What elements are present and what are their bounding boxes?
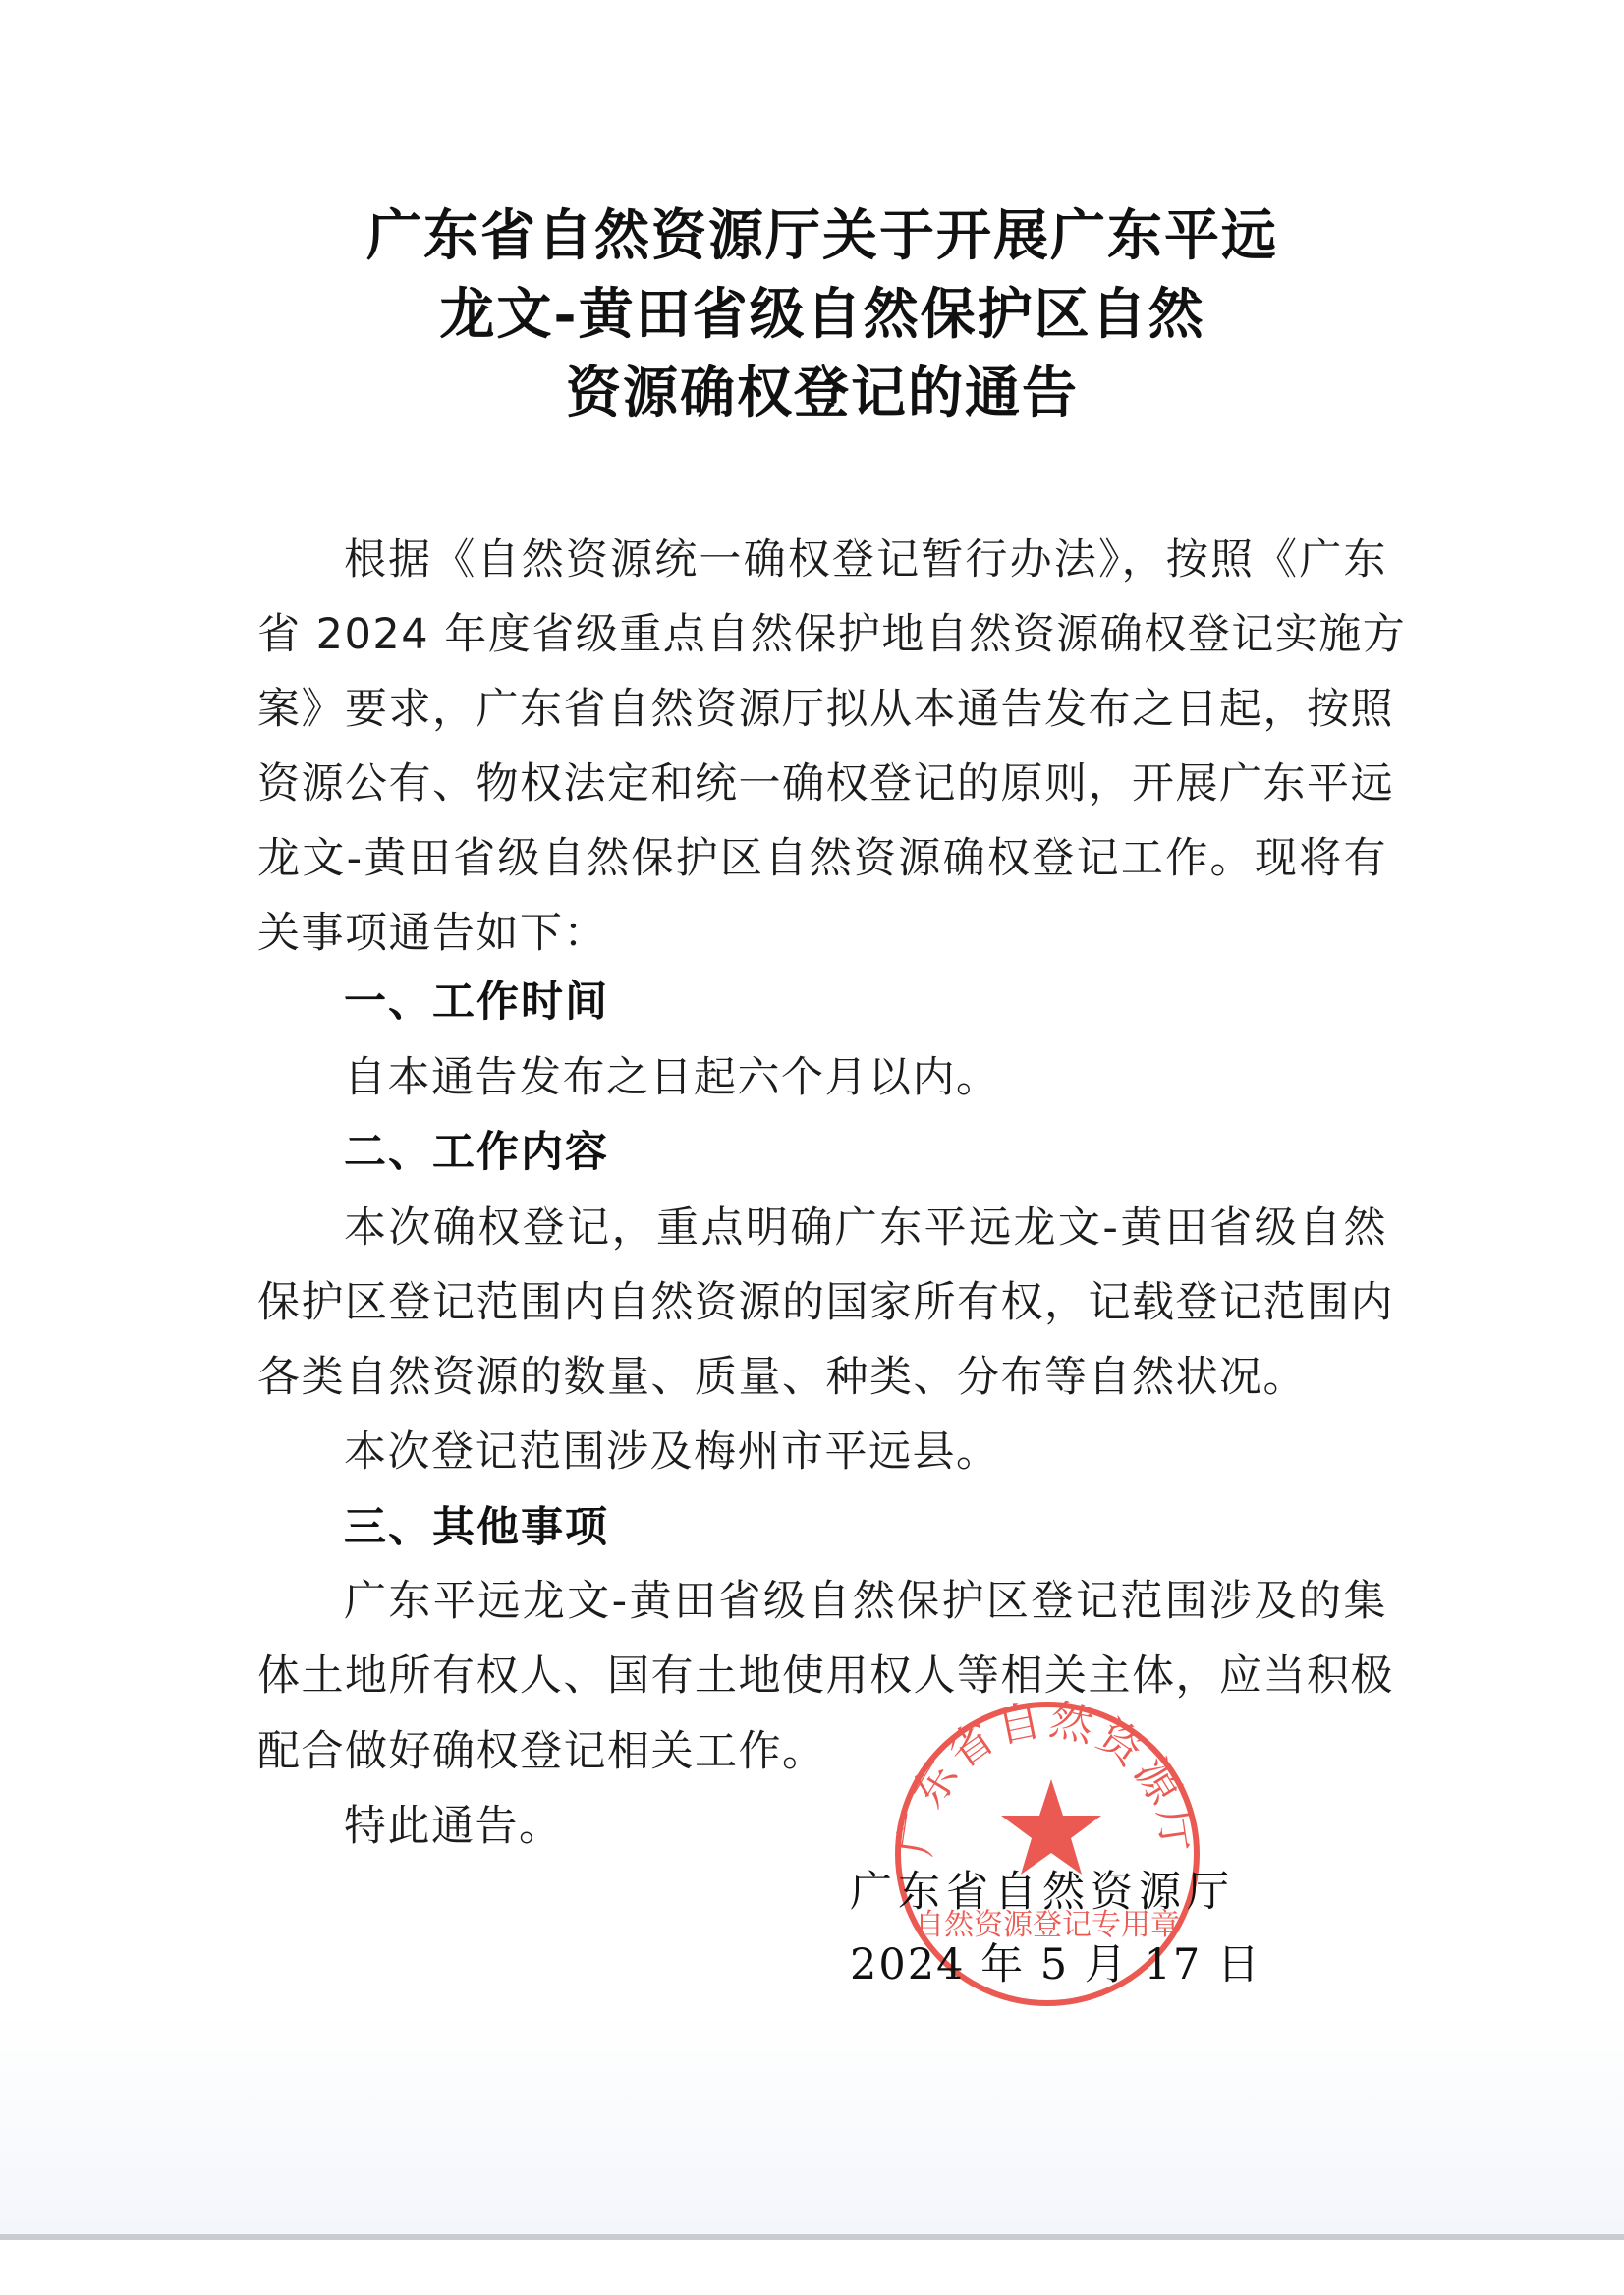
section-3-line-1: 广东平远龙文-黄田省级自然保护区登记范围涉及的集 (344, 1572, 1387, 1631)
page-bottom-edge (0, 2234, 1624, 2240)
section-2-line-1: 本次确权登记，重点明确广东平远龙文-黄田省级自然 (344, 1199, 1387, 1258)
intro-line-5: 龙文-黄田省级自然保护区自然资源确权登记工作。现将有 (257, 829, 1387, 888)
section-2-line-3: 各类自然资源的数量、质量、种类、分布等自然状况。 (257, 1348, 1387, 1407)
section-1-line-1: 自本通告发布之日起六个月以内。 (344, 1048, 1387, 1107)
intro-line-2: 省 2024 年度省级重点自然保护地自然资源确权登记实施方 (257, 605, 1387, 664)
star-icon (1001, 1779, 1101, 1875)
intro-line-4: 资源公有、物权法定和统一确权登记的原则，开展广东平远 (257, 755, 1387, 813)
closing-text: 特此通告。 (344, 1797, 1387, 1856)
section-heading-work-content: 二、工作内容 (344, 1123, 609, 1182)
signature-issuer: 广东省自然资源厅 (850, 1865, 1235, 1920)
title-line-2: 龙文-黄田省级自然保护区自然 (257, 275, 1387, 354)
intro-line-1: 根据《自然资源统一确权登记暂行办法》，按照《广东 (344, 531, 1387, 589)
section-2-line-2: 保护区登记范围内自然资源的国家所有权，记载登记范围内 (257, 1273, 1387, 1332)
title-line-1: 广东省自然资源厅关于开展广东平远 (257, 196, 1387, 275)
section-heading-other-matters: 三、其他事项 (344, 1498, 609, 1557)
intro-line-3: 案》要求，广东省自然资源厅拟从本通告发布之日起，按照 (257, 680, 1387, 739)
document-title: 广东省自然资源厅关于开展广东平远 龙文-黄田省级自然保护区自然 资源确权登记的通… (257, 196, 1387, 432)
section-heading-work-time: 一、工作时间 (344, 973, 609, 1032)
title-line-3: 资源确权登记的通告 (257, 354, 1387, 432)
intro-line-6: 关事项通告如下： (257, 904, 1387, 963)
section-3-line-2: 体土地所有权人、国有土地使用权人等相关主体，应当积极 (257, 1647, 1387, 1706)
section-2-line-4: 本次登记范围涉及梅州市平远县。 (344, 1423, 1387, 1482)
section-3-line-3: 配合做好确权登记相关工作。 (257, 1722, 1387, 1781)
signature-date: 2024 年 5 月 17 日 (850, 1937, 1261, 1992)
